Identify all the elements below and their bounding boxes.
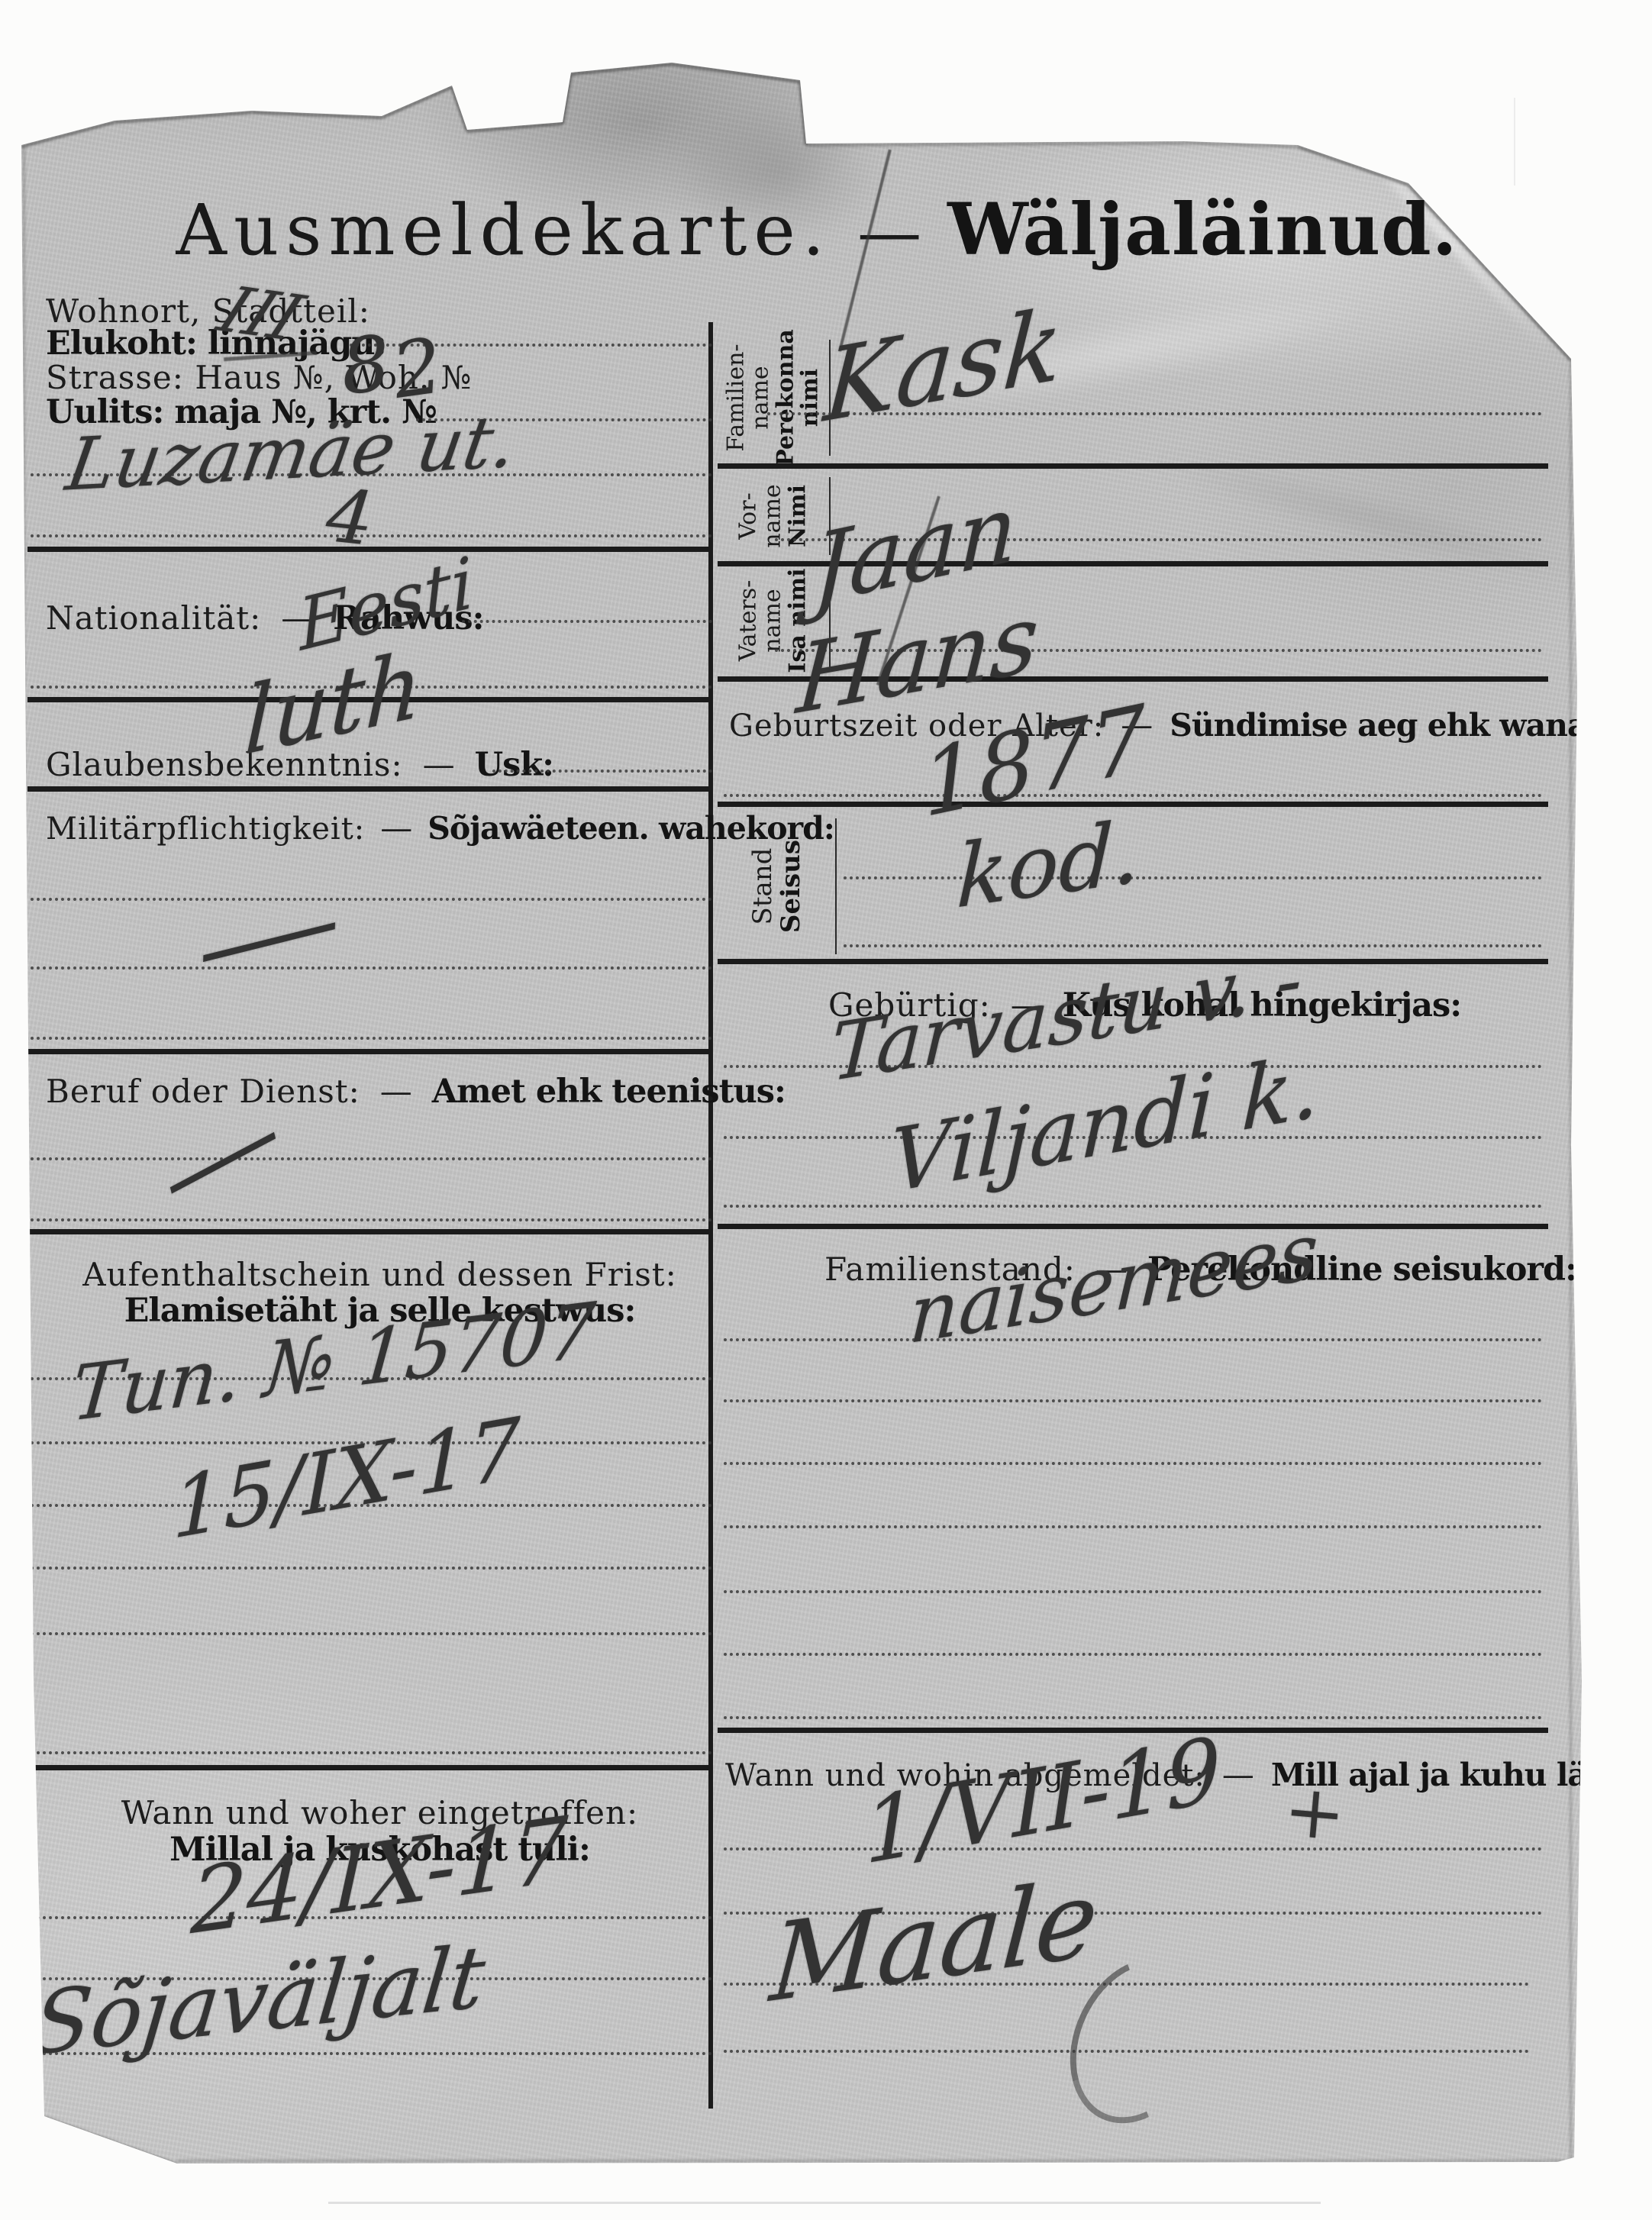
dotted-line	[724, 1338, 1542, 1341]
handwriting-departure-date: 1/VII-19	[862, 1718, 1223, 1885]
family-name-label-et: Perekonna nimi	[773, 329, 823, 466]
first-name-label: Vor-name Nimi	[718, 473, 828, 559]
dotted-line	[724, 1462, 1542, 1465]
father-name-label-de: Vaters-name	[736, 566, 786, 675]
dotted-line	[724, 1205, 1542, 1208]
torn-edge	[806, 141, 1183, 147]
occupation-label-row: Beruf oder Dienst: — Amet ehk teenistus:	[46, 1073, 786, 1111]
dotted-line	[31, 1751, 712, 1754]
handwriting-permit-date: 15/IX-17	[173, 1400, 521, 1558]
torn-edge	[381, 86, 452, 119]
dotted-line	[724, 1399, 1542, 1402]
handwriting-plus-mark: +	[1280, 1767, 1349, 1858]
title-estonian: Wäljaläinud.	[947, 188, 1457, 272]
paper-left-edge	[23, 147, 25, 2116]
torn-edge	[1297, 145, 1408, 186]
torn-edge	[21, 121, 115, 148]
family-name-label: Familien-name Perekonna nimi	[718, 334, 828, 460]
label-separator: —	[1222, 1756, 1254, 1793]
handwriting-family-name: Kask	[821, 287, 1066, 446]
scanner-streak	[328, 2202, 1321, 2204]
title-german: Ausmeldekarte.	[176, 189, 832, 271]
torn-edge	[252, 111, 382, 119]
section-divider-line	[718, 1224, 1548, 1229]
dotted-line	[492, 770, 712, 773]
dotted-line	[724, 1653, 1542, 1656]
section-divider-line	[27, 1049, 712, 1054]
dotted-line	[31, 1037, 712, 1040]
military-label-de: Militärpflichtigkeit:	[46, 812, 365, 847]
torn-edge	[450, 86, 469, 131]
torn-edge	[561, 74, 573, 124]
handwriting-house-number: 8	[337, 318, 394, 411]
dotted-line	[462, 620, 712, 623]
dotted-line	[724, 794, 1542, 797]
dotted-line	[31, 1218, 712, 1221]
crease-shadow	[1147, 437, 1601, 600]
handwriting-departure-destination: Maale	[766, 1855, 1102, 2026]
dotted-line	[724, 1590, 1542, 1593]
dotted-line	[844, 876, 1542, 879]
first-name-label-de: Vor-name	[736, 473, 786, 559]
dotted-line	[724, 1525, 1542, 1528]
registration-card-paper: Ausmeldekarte. — Wäljaläinud. Wohnort, S…	[0, 0, 1652, 2220]
permit-label-de: Aufenthaltschein und dessen Frist:	[46, 1256, 714, 1293]
cut-corner-edge	[44, 2116, 178, 2167]
occupation-label-et: Amet ehk teenistus:	[432, 1073, 786, 1111]
section-divider-line	[718, 463, 1548, 469]
scanned-document-page: Ausmeldekarte. — Wäljaläinud. Wohnort, S…	[0, 0, 1652, 2220]
scanner-seam	[1514, 98, 1515, 186]
dotted-line	[31, 898, 712, 901]
torn-edge	[672, 63, 801, 83]
section-divider-line	[27, 1229, 712, 1234]
status-label-et: Seisus	[777, 839, 805, 932]
dotted-line	[724, 1716, 1542, 1719]
handwriting-military-dash: —	[181, 860, 353, 1009]
family-name-label-de: Familien-name	[724, 334, 773, 460]
dotted-line	[31, 1632, 712, 1635]
dotted-line	[31, 966, 712, 970]
status-label: Stand Seisus	[724, 815, 831, 957]
paper-bottom-edge	[177, 2160, 1574, 2162]
torn-edge	[799, 82, 808, 145]
dotted-line	[844, 944, 1542, 947]
torn-edge	[115, 111, 252, 124]
nationality-label-de: Nationalität:	[46, 599, 261, 637]
handwriting-extra-number: 4	[322, 473, 377, 563]
status-label-de: Stand	[749, 847, 777, 924]
military-label-row: Militärpflichtigkeit: — Sõjawäeteen. wah…	[46, 809, 834, 847]
section-divider-line	[27, 1765, 712, 1770]
label-separator: —	[380, 809, 412, 847]
label-separator: —	[423, 746, 455, 783]
dotted-line	[724, 1847, 1542, 1851]
birth-label-et: Sündimise aeg ehk wanadus:	[1170, 707, 1652, 744]
torn-edge	[1183, 141, 1298, 148]
torn-edge	[571, 63, 673, 76]
dotted-line	[31, 1567, 712, 1570]
document-title: Ausmeldekarte. — Wäljaläinud.	[46, 188, 1588, 272]
section-divider-line	[27, 786, 712, 792]
label-separator: —	[380, 1073, 412, 1110]
religion-label-et: Usk:	[475, 746, 553, 784]
label-divider-line	[835, 818, 837, 954]
dotted-line	[31, 1157, 712, 1160]
torn-edge	[467, 122, 563, 133]
